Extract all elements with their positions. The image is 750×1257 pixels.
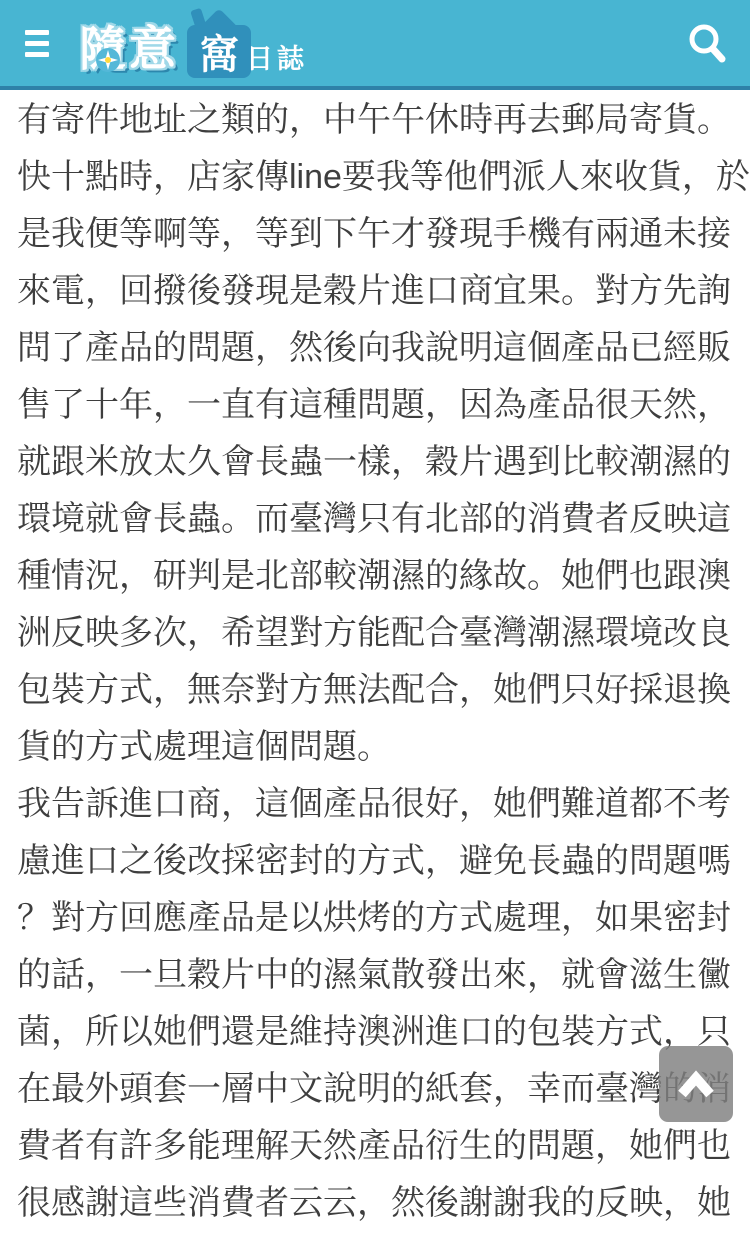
- scroll-to-top-button[interactable]: [659, 1046, 733, 1122]
- app-header: 隨意 窩 日誌: [0, 0, 750, 90]
- article-text: 有寄件地址之類的，中午午休時再去郵局寄貨。 快十點時，店家傳line要我等他們派…: [0, 90, 750, 1232]
- hamburger-bar: [25, 30, 49, 35]
- logo-house-char: 窩: [199, 23, 239, 80]
- article-line: 問了產品的問題，然後向我說明這個產品已經販: [17, 320, 738, 377]
- hamburger-bar: [25, 41, 49, 46]
- logo-brand-text: 隨意: [79, 16, 179, 82]
- article-line: 慮進口之後改採密封的方式，避免長蟲的問題嗎: [17, 833, 738, 890]
- article-line: 菌，所以她們還是維持澳洲進口的包裝方式，只: [17, 1004, 738, 1061]
- article-line: 在最外頭套一層中文說明的紙套，幸而臺灣的消: [17, 1061, 738, 1118]
- chevron-up-icon: [673, 1066, 719, 1102]
- xuite-logo[interactable]: 隨意 窩: [79, 8, 251, 82]
- article-line: 就跟米放太久會長蟲一樣，穀片遇到比較潮濕的: [17, 434, 738, 491]
- article-line: 有寄件地址之類的，中午午休時再去郵局寄貨。: [17, 92, 738, 149]
- article-line: 環境就會長蟲。而臺灣只有北部的消費者反映這: [17, 491, 738, 548]
- article-line: 費者有許多能理解天然產品衍生的問題，她們也: [17, 1118, 738, 1175]
- article-line: 貨的方式處理這個問題。: [17, 719, 738, 776]
- article-line: 售了十年，一直有這種問題，因為產品很天然，: [17, 377, 738, 434]
- article-line: 是我便等啊等，等到下午才發現手機有兩通未接: [17, 206, 738, 263]
- article-line: 來電，回撥後發現是穀片進口商宜果。對方先詢: [17, 263, 738, 320]
- article-line: 快十點時，店家傳line要我等他們派人來收貨，於: [17, 149, 738, 206]
- article-line: 洲反映多次，希望對方能配合臺灣潮濕環境改良: [17, 605, 738, 662]
- logo-house-icon: 窩: [187, 25, 251, 78]
- article-line: ？對方回應產品是以烘烤的方式處理，如果密封: [17, 890, 738, 947]
- service-title: 日誌: [246, 37, 308, 76]
- sparkle-star-icon: [96, 48, 120, 72]
- search-icon[interactable]: [684, 21, 730, 67]
- article-line: 種情況，研判是北部較潮濕的緣故。她們也跟澳: [17, 548, 738, 605]
- article-line: 很感謝這些消費者云云，然後謝謝我的反映，她: [17, 1175, 738, 1232]
- hamburger-menu-icon[interactable]: [25, 30, 49, 57]
- article-line: 我告訴進口商，這個產品很好，她們難道都不考: [17, 776, 738, 833]
- hamburger-bar: [25, 52, 49, 57]
- article-line: 的話，一旦穀片中的濕氣散發出來，就會滋生黴: [17, 947, 738, 1004]
- article-line: 包裝方式，無奈對方無法配合，她們只好採退換: [17, 662, 738, 719]
